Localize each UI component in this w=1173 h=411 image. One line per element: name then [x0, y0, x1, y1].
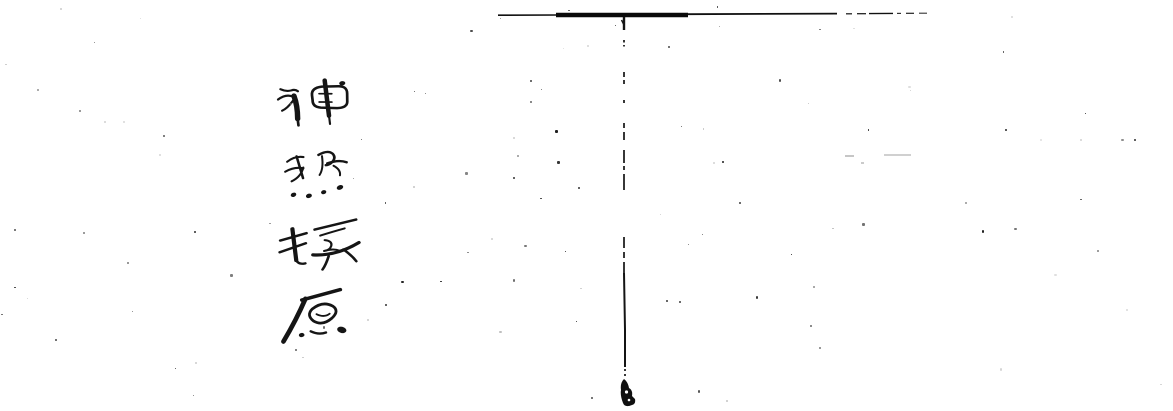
noise-speck [513, 137, 515, 139]
noise-speck [832, 228, 834, 229]
noise-speck [140, 18, 141, 19]
noise-speck [425, 93, 427, 95]
noise-speck [60, 8, 62, 10]
noise-speck [1000, 368, 1003, 370]
noise-speck [791, 254, 793, 256]
noise-speck [513, 279, 516, 282]
noise-speck [666, 300, 668, 302]
noise-speck [739, 202, 741, 204]
scanned-page: 神熱探原 [0, 0, 1173, 411]
noise-speck [703, 128, 705, 130]
noise-speck [813, 286, 815, 288]
noise-speck [719, 26, 721, 28]
scan-noise-layer [0, 0, 1173, 411]
noise-speck [853, 28, 854, 29]
noise-speck [819, 347, 821, 349]
noise-speck [524, 245, 527, 248]
noise-speck [123, 121, 126, 123]
noise-speck [517, 155, 519, 157]
noise-speck [726, 400, 728, 402]
noise-speck [555, 130, 558, 133]
noise-speck [615, 25, 616, 26]
noise-speck [868, 129, 870, 131]
noise-speck [717, 6, 719, 8]
noise-speck [578, 187, 580, 189]
noise-speck [580, 288, 582, 289]
noise-speck [1005, 129, 1007, 131]
noise-speck [565, 251, 566, 252]
noise-speck [1121, 139, 1124, 142]
noise-speck [1097, 250, 1099, 252]
noise-speck [385, 202, 387, 204]
noise-speck [401, 281, 404, 284]
noise-speck [808, 103, 809, 104]
noise-speck [1160, 384, 1162, 385]
noise-speck [1011, 16, 1013, 18]
noise-speck [323, 326, 325, 328]
noise-speck [688, 244, 690, 246]
noise-speck [530, 101, 532, 103]
noise-speck [1126, 309, 1129, 311]
noise-speck [779, 79, 782, 82]
noise-speck [83, 232, 85, 234]
noise-speck [414, 91, 415, 92]
noise-speck [104, 121, 107, 123]
noise-speck [587, 45, 590, 47]
noise-speck [163, 135, 165, 137]
noise-speck [698, 390, 700, 392]
noise-speck [540, 198, 541, 199]
noise-speck [79, 110, 81, 112]
noise-speck [14, 287, 16, 289]
noise-speck [681, 126, 682, 127]
noise-speck [1, 314, 3, 316]
noise-speck [1040, 139, 1042, 141]
noise-speck [470, 30, 473, 33]
noise-speck [55, 339, 57, 341]
noise-speck [353, 178, 354, 179]
noise-speck [175, 368, 176, 369]
noise-speck [810, 325, 812, 327]
noise-speck [1003, 51, 1005, 53]
noise-speck [1080, 199, 1081, 200]
noise-speck [194, 231, 196, 233]
noise-speck [530, 80, 532, 82]
noise-speck [702, 234, 703, 235]
noise-speck [541, 89, 543, 91]
noise-speck [413, 186, 416, 188]
noise-speck [440, 281, 441, 282]
noise-speck [367, 319, 370, 321]
noise-speck [27, 298, 29, 299]
noise-speck [568, 10, 570, 12]
noise-speck [1080, 139, 1083, 141]
noise-speck [385, 304, 387, 306]
noise-speck [965, 202, 967, 204]
noise-speck [862, 223, 865, 226]
noise-speck [361, 139, 363, 141]
noise-speck [679, 301, 681, 303]
noise-speck [1014, 228, 1016, 230]
noise-speck [302, 357, 304, 358]
noise-speck [5, 64, 7, 65]
noise-speck [195, 362, 197, 364]
noise-speck [230, 274, 233, 277]
noise-speck [1134, 139, 1136, 141]
noise-speck [37, 89, 40, 92]
noise-speck [14, 229, 16, 231]
noise-speck [127, 262, 129, 264]
noise-speck [557, 161, 560, 164]
noise-speck [660, 214, 661, 215]
noise-speck [576, 321, 578, 323]
noise-speck [722, 161, 724, 163]
noise-speck [491, 238, 493, 240]
noise-speck [513, 177, 515, 179]
noise-speck [94, 42, 96, 44]
noise-speck [908, 86, 910, 88]
noise-speck [500, 18, 502, 20]
noise-speck [159, 154, 161, 155]
noise-speck [499, 331, 502, 333]
noise-speck [563, 48, 564, 49]
noise-speck [982, 230, 985, 233]
noise-speck [756, 296, 759, 299]
noise-speck [290, 103, 293, 105]
noise-speck [465, 172, 468, 175]
noise-speck [713, 162, 715, 164]
noise-speck [668, 46, 671, 49]
noise-speck [295, 349, 297, 351]
noise-speck [1085, 113, 1086, 114]
noise-speck [910, 90, 911, 91]
noise-speck [1054, 274, 1057, 276]
noise-speck [193, 395, 194, 396]
noise-speck [591, 397, 593, 399]
noise-speck [269, 223, 271, 225]
noise-speck [467, 252, 469, 254]
noise-speck [132, 311, 133, 312]
noise-speck [819, 29, 820, 30]
